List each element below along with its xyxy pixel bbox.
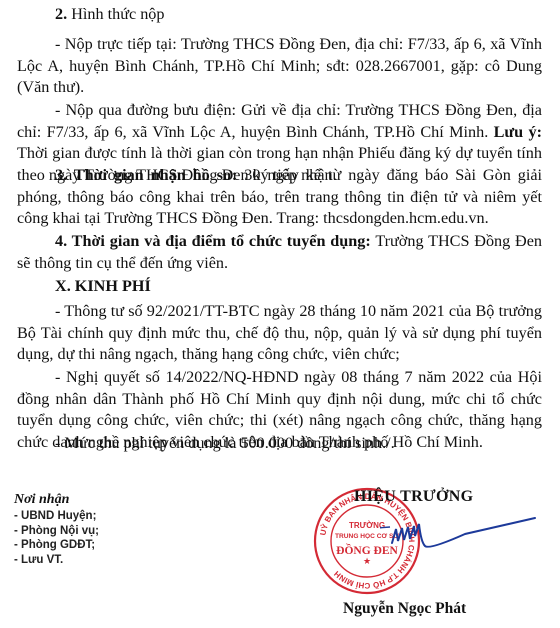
submit-post-text: - Nộp qua đường bưu điện: Gửi về địa chỉ…	[17, 101, 542, 141]
fee-item: - Mức thu phí tuyển dụng là 500.000 đồng…	[17, 433, 542, 455]
signer-name: Nguyễn Ngọc Phát	[343, 600, 466, 618]
recipients-title: Nơi nhận	[14, 492, 99, 508]
section-4-label: 4. Thời gian và địa điểm tổ chức tuyển d…	[55, 232, 371, 250]
note-label: Lưu ý:	[494, 123, 542, 141]
section-2-heading: 2. Hình thức nộp	[17, 4, 542, 26]
section-2-number: 2.	[55, 5, 67, 23]
recipient-item: - Phòng Nội vụ;	[14, 524, 99, 539]
handwritten-signature-icon	[380, 505, 560, 565]
section-3-paragraph: 3. Thời gian nhận hồ sơ: 30 ngày kể từ n…	[17, 165, 542, 230]
section-x-heading: X. KINH PHÍ	[17, 276, 542, 298]
section-4-paragraph: 4. Thời gian và địa điểm tổ chức tuyển d…	[17, 231, 542, 274]
recipients-block: Nơi nhận - UBND Huyện; - Phòng Nội vụ; -…	[14, 492, 99, 567]
recipient-item: - Lưu VT.	[14, 553, 99, 568]
section-2-title: Hình thức nộp	[71, 5, 164, 23]
fee-item: - Thông tư số 92/2021/TT-BTC ngày 28 thá…	[17, 301, 542, 366]
recipient-item: - UBND Huyện;	[14, 509, 99, 524]
document-page: 2. Hình thức nộp - Nộp trực tiếp tại: Tr…	[0, 0, 560, 628]
section-3-label: 3. Thời gian nhận hồ sơ:	[55, 166, 237, 184]
submit-direct-paragraph: - Nộp trực tiếp tại: Trường THCS Đồng Đe…	[17, 34, 542, 99]
svg-text:★: ★	[363, 557, 371, 567]
signer-title: HIỆU TRƯỞNG	[354, 488, 473, 506]
recipient-item: - Phòng GDĐT;	[14, 538, 99, 553]
